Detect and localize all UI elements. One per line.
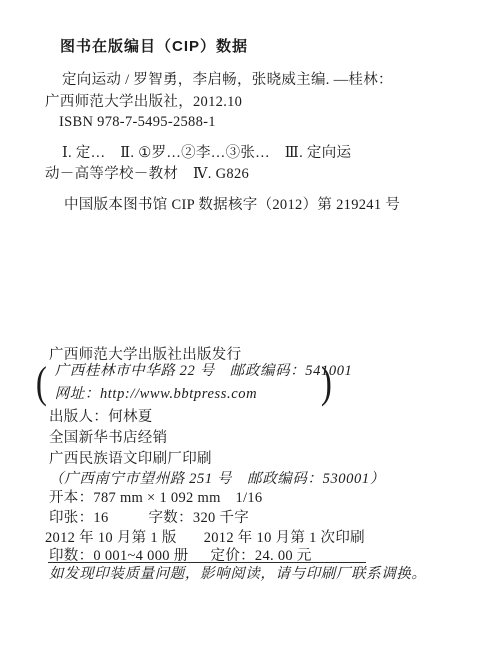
cip-record-number: 中国版本图书馆 CIP 数据核字（2012）第 219241 号 xyxy=(64,198,400,213)
quality-note: 如发现印装质量问题，影响阅读，请与印刷厂联系调换。 xyxy=(49,567,427,582)
publisher-website: 网址：http://www.bbtpress.com xyxy=(55,383,317,406)
sheets: 印张：16 xyxy=(49,510,109,526)
publisher-address-content: 广西桂林市中华路 22 号 邮政编码：541001 网址：http://www.… xyxy=(55,360,317,406)
impression: 2012 年 10 月第 1 次印刷 xyxy=(204,530,365,546)
distribution: 全国新华书店经销 xyxy=(49,431,167,446)
cip-classification-line2: 动－高等学校－教材 Ⅳ. G826 xyxy=(45,167,249,182)
publisher-person: 出版人：何林夏 xyxy=(49,410,153,425)
cip-title: 图书在版编目（CIP）数据 xyxy=(60,39,248,54)
right-paren-decoration: ) xyxy=(320,361,331,405)
word-count: 字数：320 千字 xyxy=(149,510,250,526)
sheets-words-line: 印张：16字数：320 千字 xyxy=(49,511,249,526)
publisher-address: 广西桂林市中华路 22 号 邮政编码：541001 xyxy=(55,360,317,383)
cip-classification-line1: Ⅰ. 定… Ⅱ. ①罗…②李…③张… Ⅲ. 定向运 xyxy=(62,146,351,161)
cip-citation-line1: 定向运动 / 罗智勇，李启畅，张晓威主编. —桂林： xyxy=(62,73,393,88)
publisher-address-group: ( 广西桂林市中华路 22 号 邮政编码：541001 网址：http://ww… xyxy=(34,360,333,406)
printer: 广西民族语文印刷厂印刷 xyxy=(49,452,212,467)
printer-address: （广西南宁市望州路 251 号 邮政编码：530001） xyxy=(49,472,385,487)
edition-line: 2012 年 10 月第 1 版2012 年 10 月第 1 次印刷 xyxy=(45,531,365,546)
cip-citation-line2: 广西师范大学出版社，2012.10 xyxy=(45,95,242,110)
divider-rule xyxy=(48,562,366,563)
format-line: 开本：787 mm × 1 092 mm 1/16 xyxy=(49,491,262,506)
book-copyright-page: 图书在版编目（CIP）数据 定向运动 / 罗智勇，李启畅，张晓威主编. —桂林：… xyxy=(0,0,500,653)
edition: 2012 年 10 月第 1 版 xyxy=(45,530,177,546)
left-paren-decoration: ( xyxy=(36,361,47,405)
cip-isbn: ISBN 978-7-5495-2588-1 xyxy=(59,115,216,130)
